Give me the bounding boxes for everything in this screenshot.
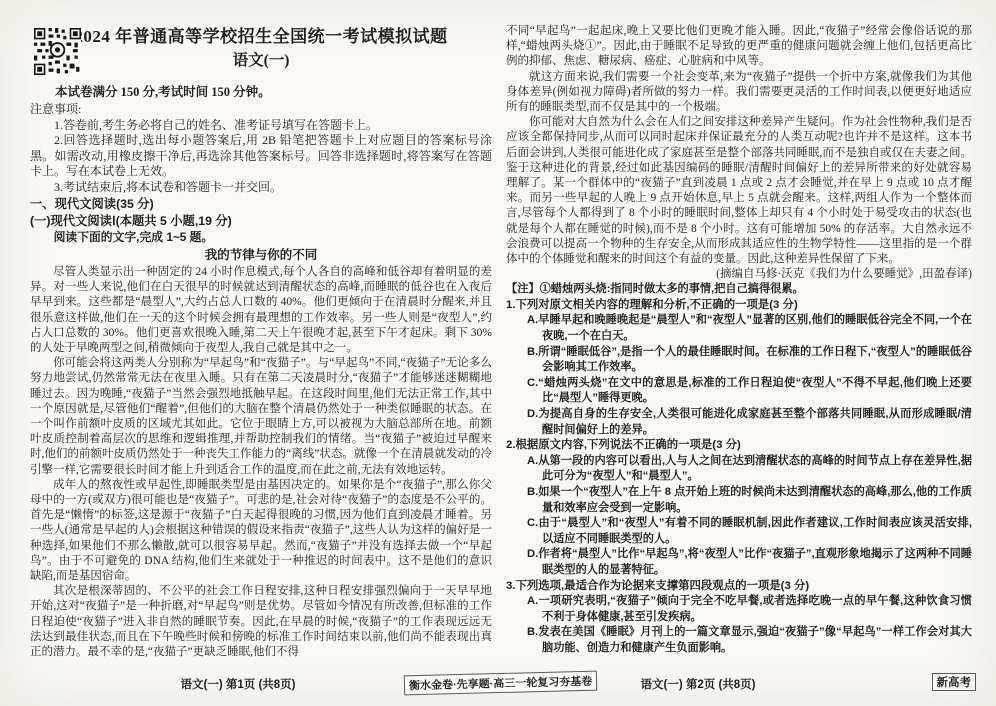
question-2: 2.根据原文内容,下列说法不正确的一项是(3 分) A.从第一段的内容可以看出,… bbox=[506, 438, 972, 578]
passage-paragraph: 就这方面来说,我们需要一个社会变革,来为“夜猫子”提供一个折中方案,就像我们为其… bbox=[506, 70, 972, 116]
exam-paper-scan: 2024 年普通高等学校招生全国统一考试模拟试题 语文(一) 本试卷满分 150… bbox=[0, 0, 996, 706]
passage-note: 【注】①蜡烛两头烧:指同时做太多的事情,把自己搞得很累。 bbox=[506, 282, 972, 297]
passage-paragraph: 你可能会将这两类人分别称为“早起鸟”和“夜猫子”。与“早起鸟”不同,“夜猫子”无… bbox=[30, 356, 492, 478]
new-gaokao-badge: 新高考 bbox=[932, 673, 977, 691]
exam-summary: 本试卷满分 150 分,考试时间 150 分钟。 bbox=[30, 84, 492, 100]
exam-subtitle: 语文(一) bbox=[30, 51, 492, 71]
question-1-option-a: A.早睡早起和晚睡晚起是“晨型人”和“夜型人”显著的区别,他们的睡眠低谷完全不同… bbox=[506, 313, 972, 344]
passage-paragraph: 成年人的熬夜性或早起性,即睡眠类型是由基因决定的。如果你是个“夜猫子”,那么你父… bbox=[30, 478, 492, 584]
section-subheading: (一)现代文阅读Ⅰ(本题共 5 小题,19 分) bbox=[30, 213, 492, 229]
question-2-option-d: D.作者将“晨型人”比作“早起鸟”,将“夜型人”比作“夜猫子”,直观形象地揭示了… bbox=[506, 547, 972, 578]
question-1-option-b: B.所谓“睡眠低谷”,是指一个人的最佳睡眠时间。在标准的工作日程下,“夜型人”的… bbox=[506, 345, 972, 376]
question-2-option-a: A.从第一段的内容可以看出,人与人之间在达到清醒状态的高峰的时间节点上存在差异性… bbox=[506, 454, 972, 485]
passage-paragraph: 你可能对大自然为什么会在人们之间安排这种差异产生疑问。作为社会性物种,我们是否应… bbox=[506, 115, 972, 267]
question-3: 3.下列选项,最适合作为论据来支撑第四段观点的一项是(3 分) A.一项研究表明… bbox=[506, 579, 972, 657]
notice-item: 2.回答选择题时,选出每小题答案后,用 2B 铅笔把答题卡上对应题目的答案标号涂… bbox=[30, 133, 492, 180]
question-1-stem: 1.下列对原文相关内容的理解和分析,不正确的一项是(3 分) bbox=[506, 298, 972, 314]
page-1: 2024 年普通高等学校招生全国统一考试模拟试题 语文(一) 本试卷满分 150… bbox=[30, 26, 492, 660]
question-1-option-d: D.为提高自身的生存安全,人类很可能进化成家庭甚至整个部落共同睡眠,从而形成睡眠… bbox=[506, 407, 972, 438]
question-3-option-a: A.一项研究表明,“夜猫子”倾向于完全不吃早餐,或者选择吃晚一点的早午餐,这种饮… bbox=[506, 594, 972, 625]
section-heading: 一、现代文阅读(35 分) bbox=[30, 196, 492, 212]
reading-instruction: 阅读下面的文字,完成 1~5 题。 bbox=[30, 229, 492, 245]
question-3-option-b: B.发表在美国《睡眠》月刊上的一篇文章显示,强迫“夜猫子”像“早起鸟”一样工作会… bbox=[506, 625, 972, 656]
question-2-stem: 2.根据原文内容,下列说法不正确的一项是(3 分) bbox=[506, 438, 972, 454]
notice-title: 注意事项: bbox=[30, 102, 492, 118]
qr-code-icon bbox=[34, 28, 81, 75]
question-1: 1.下列对原文相关内容的理解和分析,不正确的一项是(3 分) A.早睡早起和晚睡… bbox=[506, 298, 972, 438]
notice-item: 1.答卷前,考生务必将自己的姓名、准考证号填写在答题卡上。 bbox=[30, 118, 492, 134]
passage-paragraph: 其次是根深蒂固的、不公平的社会工作日程安排,这种日程安排强烈偏向于一天早早地开始… bbox=[30, 584, 492, 660]
passage-continuation: 不同“早起鸟”一起起床,晚上又要比他们更晚才能入睡。因此,“夜猫子”经常会像俗话… bbox=[506, 24, 972, 70]
question-2-option-c: C.由于“晨型人”和“夜型人”有着不同的睡眠机制,因此作者建议,工作时间表应该灵… bbox=[506, 516, 972, 547]
question-2-option-b: B.如果一个“夜型人”在上午 8 点开始上班的时候尚未达到清醒状态的高峰,那么,… bbox=[506, 485, 972, 516]
passage-attribution: (摘编自马修·沃克《我们为什么要睡觉》,田盈春译) bbox=[506, 267, 972, 282]
footer-page-2-label: 语文(一) 第2页 (共8页) bbox=[598, 676, 798, 692]
footer-brand-stamp: 衡水金卷·先享题·高三一轮复习夯基卷 bbox=[404, 671, 598, 696]
footer-page-1-label: 语文(一) 第1页 (共8页) bbox=[118, 676, 358, 692]
passage-paragraph: 尽管人类显示出一种固定的 24 小时作息模式,每个人各自的高峰和低谷却有着明显的… bbox=[30, 265, 492, 356]
passage-title: 我的节律与你的不同 bbox=[30, 247, 492, 264]
question-3-stem: 3.下列选项,最适合作为论据来支撑第四段观点的一项是(3 分) bbox=[506, 579, 972, 595]
page-1-header: 2024 年普通高等学校招生全国统一考试模拟试题 语文(一) bbox=[30, 26, 492, 71]
exam-title: 2024 年普通高等学校招生全国统一考试模拟试题 bbox=[30, 26, 492, 48]
question-1-option-c: C.“蜡烛两头烧”在文中的意思是,标准的工作日程迫使“夜型人”不得不早起,他们晚… bbox=[506, 376, 972, 407]
page-2: 不同“早起鸟”一起起床,晚上又要比他们更晚才能入睡。因此,“夜猫子”经常会像俗话… bbox=[506, 24, 972, 657]
notice-item: 3.考试结束后,将本试卷和答题卡一并交回。 bbox=[30, 180, 492, 196]
